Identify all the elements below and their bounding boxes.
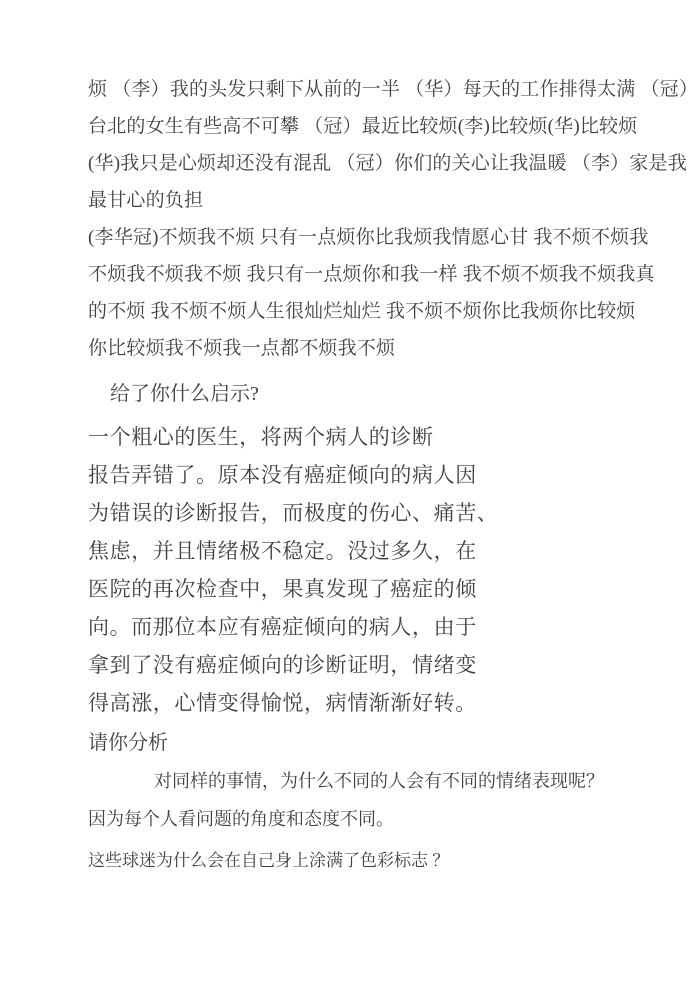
- text-line: 医院的再次检查中，果真发现了癌症的倾: [88, 570, 639, 608]
- analysis-prompt: 请你分析: [88, 724, 639, 762]
- story-intro-question: 给了你什么启示?: [88, 375, 639, 413]
- document-page: 烦 （李）我的头发只剩下从前的一半 （华）每天的工作排得太满 （冠） 台北的女生…: [0, 0, 695, 982]
- text-line: 拿到了没有癌症倾向的诊断证明，情绪变: [88, 646, 639, 684]
- qa-block: 对同样的事情，为什么不同的人会有不同的情绪表现呢？ 因为每个人看问题的角度和态度…: [88, 762, 639, 838]
- text-line: 一个粗心的医生，将两个病人的诊断: [88, 418, 639, 456]
- text-line: 报告弄错了。原本没有癌症倾向的病人因: [88, 456, 639, 494]
- text-line: 你比较烦我不烦我一点都不烦我不烦: [88, 330, 639, 367]
- text-line: 的不烦 我不烦不烦人生很灿烂灿烂 我不烦不烦你比我烦你比较烦: [88, 293, 639, 330]
- text-line: 不烦我不烦我不烦 我只有一点烦你和我一样 我不烦不烦我不烦我真: [88, 256, 639, 293]
- text-line: 为错误的诊断报告，而极度的伤心、痛苦、: [88, 494, 639, 532]
- text-line: 最甘心的负担: [88, 182, 639, 219]
- qa-question: 对同样的事情，为什么不同的人会有不同的情绪表现呢？: [88, 762, 639, 800]
- final-question: 这些球迷为什么会在自己身上涂满了色彩标志 ？: [88, 842, 639, 880]
- text-line: (华)我只是心烦却还没有混乱 （冠）你们的关心让我温暖 （李）家是我: [88, 145, 639, 182]
- doctor-story-block: 一个粗心的医生，将两个病人的诊断 报告弄错了。原本没有癌症倾向的病人因 为错误的…: [88, 418, 639, 722]
- text-line: 烦 （李）我的头发只剩下从前的一半 （华）每天的工作排得太满 （冠）: [88, 71, 639, 108]
- text-line: 向。而那位本应有癌症倾向的病人，由于: [88, 608, 639, 646]
- song-lyrics-block: 烦 （李）我的头发只剩下从前的一半 （华）每天的工作排得太满 （冠） 台北的女生…: [88, 71, 639, 367]
- text-line: 台北的女生有些高不可攀 （冠）最近比较烦(李)比较烦(华)比较烦: [88, 108, 639, 145]
- text-line: (李华冠)不烦我不烦 只有一点烦你比我烦我情愿心甘 我不烦不烦我: [88, 219, 639, 256]
- text-line: 得高涨，心情变得愉悦，病情渐渐好转。: [88, 684, 639, 722]
- text-line: 焦虑，并且情绪极不稳定。没过多久，在: [88, 532, 639, 570]
- qa-answer: 因为每个人看问题的角度和态度不同。: [88, 800, 639, 838]
